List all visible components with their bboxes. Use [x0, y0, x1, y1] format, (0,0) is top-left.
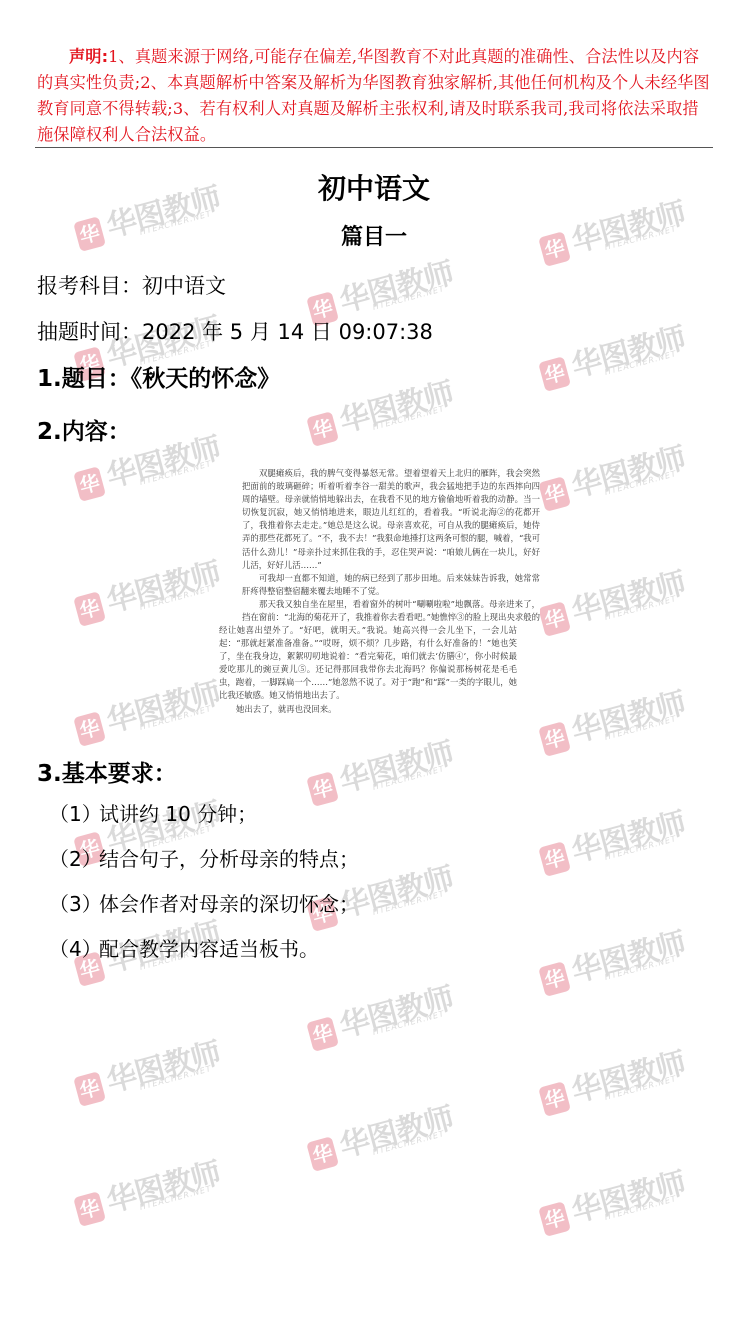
watermark-brand: 华图教师 — [101, 1028, 224, 1101]
watermark: 华华图教师HTEACHER.NET — [301, 362, 464, 468]
watermark-brand: 华图教师 — [334, 973, 457, 1046]
watermark-net: HTEACHER.NET — [372, 1129, 446, 1157]
watermark-logo-icon: 华 — [306, 1016, 339, 1052]
watermark-brand: 华图教师 — [101, 1148, 224, 1221]
content-heading: 2.内容： — [37, 413, 131, 446]
watermark-brand: 华图教师 — [334, 368, 457, 441]
requirement-number: （1） — [49, 798, 99, 827]
watermark-brand: 华图教师 — [566, 678, 689, 751]
watermark-logo-icon: 华 — [538, 961, 571, 997]
watermark: 华华图教师HTEACHER.NET — [68, 662, 231, 768]
watermark-net: HTEACHER.NET — [139, 1184, 213, 1212]
topic-heading: 1.题目：《秋天的怀念》 — [37, 360, 280, 393]
watermark-logo-icon: 华 — [306, 411, 339, 447]
requirement-number: （2） — [49, 843, 99, 872]
watermark-logo-icon: 华 — [538, 476, 571, 512]
watermark-net: HTEACHER.NET — [604, 834, 678, 862]
requirement-text: 配合教学内容适当板书。 — [99, 937, 319, 961]
requirement-text: 结合句子，分析母亲的特点； — [99, 847, 359, 871]
passage-paragraph: 经让她喜出望外了。“好吧，就明天。”我说。她高兴得一会儿坐下，一会儿站起：“那就… — [219, 624, 517, 703]
passage-paragraph: 双腿瘫痪后，我的脾气变得暴怒无常。望着望着天上北归的雁阵，我会突然把面前的玻璃砸… — [242, 467, 540, 572]
watermark: 华华图教师HTEACHER.NET — [533, 307, 696, 413]
passage-paragraph: 可我却一直都不知道，她的病已经到了那步田地。后来妹妹告诉我，她常常肝疼得整宿整宿… — [242, 572, 540, 598]
watermark: 华华图教师HTEACHER.NET — [533, 792, 696, 898]
watermark-brand: 华图教师 — [334, 728, 457, 801]
watermark-logo-icon: 华 — [538, 601, 571, 637]
watermark-net: HTEACHER.NET — [372, 764, 446, 792]
requirement-number: （4） — [49, 933, 99, 962]
requirement-item: （2）结合句子，分析母亲的特点； — [49, 843, 359, 872]
watermark-net: HTEACHER.NET — [372, 404, 446, 432]
exam-subject: 报考科目：初中语文 — [37, 270, 226, 300]
document-title: 初中语文 — [0, 167, 748, 207]
requirement-item: （4）配合教学内容适当板书。 — [49, 933, 319, 962]
watermark-net: HTEACHER.NET — [372, 1009, 446, 1037]
watermark-net: HTEACHER.NET — [139, 584, 213, 612]
watermark-logo-icon: 华 — [538, 841, 571, 877]
watermark-logo-icon: 华 — [306, 1136, 339, 1172]
watermark-brand: 华图教师 — [566, 1158, 689, 1231]
watermark: 华华图教师HTEACHER.NET — [533, 552, 696, 658]
watermark: 华华图教师HTEACHER.NET — [68, 1022, 231, 1128]
watermark-logo-icon: 华 — [73, 466, 106, 502]
requirement-item: （3）体会作者对母亲的深切怀念； — [49, 888, 359, 917]
requirement-text: 体会作者对母亲的深切怀念； — [99, 892, 359, 916]
document-page: 声明:1、真题来源于网络,可能存在偏差,华图教育不对此真题的准确性、合法性以及内… — [0, 0, 748, 1335]
requirements-heading: 3.基本要求： — [37, 755, 177, 788]
document-subtitle: 篇目一 — [0, 220, 748, 251]
passage-paragraph: 她出去了，就再也没回来。 — [219, 703, 517, 716]
watermark-logo-icon: 华 — [538, 721, 571, 757]
watermark-brand: 华图教师 — [566, 558, 689, 631]
header-divider — [35, 147, 713, 148]
watermark: 华华图教师HTEACHER.NET — [301, 722, 464, 828]
watermark: 华华图教师HTEACHER.NET — [533, 1152, 696, 1258]
watermark-logo-icon: 华 — [73, 1071, 106, 1107]
disclaimer-text: 1、真题来源于网络,可能存在偏差,华图教育不对此真题的准确性、合法性以及内容的真… — [37, 47, 710, 144]
watermark-brand: 华图教师 — [101, 548, 224, 621]
requirement-text: 试讲约 10 分钟； — [99, 802, 257, 826]
watermark-brand: 华图教师 — [334, 248, 457, 321]
watermark-logo-icon: 华 — [306, 771, 339, 807]
watermark: 华华图教师HTEACHER.NET — [68, 1142, 231, 1248]
draw-time: 抽题时间：2022 年 5 月 14 日 09:07:38 — [37, 316, 433, 346]
watermark-logo-icon: 华 — [538, 1201, 571, 1237]
watermark-net: HTEACHER.NET — [604, 714, 678, 742]
watermark-brand: 华图教师 — [566, 313, 689, 386]
watermark: 华华图教师HTEACHER.NET — [533, 1032, 696, 1138]
watermark-net: HTEACHER.NET — [604, 469, 678, 497]
watermark: 华华图教师HTEACHER.NET — [68, 542, 231, 648]
watermark-brand: 华图教师 — [566, 1038, 689, 1111]
watermark-brand: 华图教师 — [566, 798, 689, 871]
watermark: 华华图教师HTEACHER.NET — [301, 1087, 464, 1193]
watermark-logo-icon: 华 — [538, 1081, 571, 1117]
watermark-logo-icon: 华 — [73, 711, 106, 747]
watermark: 华华图教师HTEACHER.NET — [533, 912, 696, 1018]
watermark-net: HTEACHER.NET — [139, 459, 213, 487]
watermark-net: HTEACHER.NET — [604, 954, 678, 982]
passage-scan-part2: 经让她喜出望外了。“好吧，就明天。”我说。她高兴得一会儿坐下，一会儿站起：“那就… — [219, 624, 517, 716]
watermark-logo-icon: 华 — [73, 1191, 106, 1227]
requirement-number: （3） — [49, 888, 99, 917]
watermark-logo-icon: 华 — [73, 591, 106, 627]
disclaimer-label: 声明: — [69, 47, 108, 66]
watermark-net: HTEACHER.NET — [604, 1074, 678, 1102]
watermark-brand: 华图教师 — [566, 918, 689, 991]
watermark-brand: 华图教师 — [334, 1093, 457, 1166]
watermark-net: HTEACHER.NET — [604, 349, 678, 377]
watermark-logo-icon: 华 — [538, 356, 571, 392]
disclaimer-notice: 声明:1、真题来源于网络,可能存在偏差,华图教育不对此真题的准确性、合法性以及内… — [37, 44, 713, 148]
watermark-net: HTEACHER.NET — [372, 284, 446, 312]
watermark-brand: 华图教师 — [566, 433, 689, 506]
watermark-net: HTEACHER.NET — [604, 1194, 678, 1222]
requirement-item: （1）试讲约 10 分钟； — [49, 798, 257, 827]
passage-scan-part1: 双腿瘫痪后，我的脾气变得暴怒无常。望着望着天上北归的雁阵，我会突然把面前的玻璃砸… — [242, 467, 540, 637]
watermark: 华华图教师HTEACHER.NET — [301, 967, 464, 1073]
watermark-net: HTEACHER.NET — [139, 704, 213, 732]
watermark: 华华图教师HTEACHER.NET — [533, 427, 696, 533]
watermark-net: HTEACHER.NET — [139, 1064, 213, 1092]
watermark: 华华图教师HTEACHER.NET — [533, 672, 696, 778]
watermark-net: HTEACHER.NET — [604, 594, 678, 622]
watermark-brand: 华图教师 — [101, 668, 224, 741]
watermark-net: HTEACHER.NET — [372, 889, 446, 917]
